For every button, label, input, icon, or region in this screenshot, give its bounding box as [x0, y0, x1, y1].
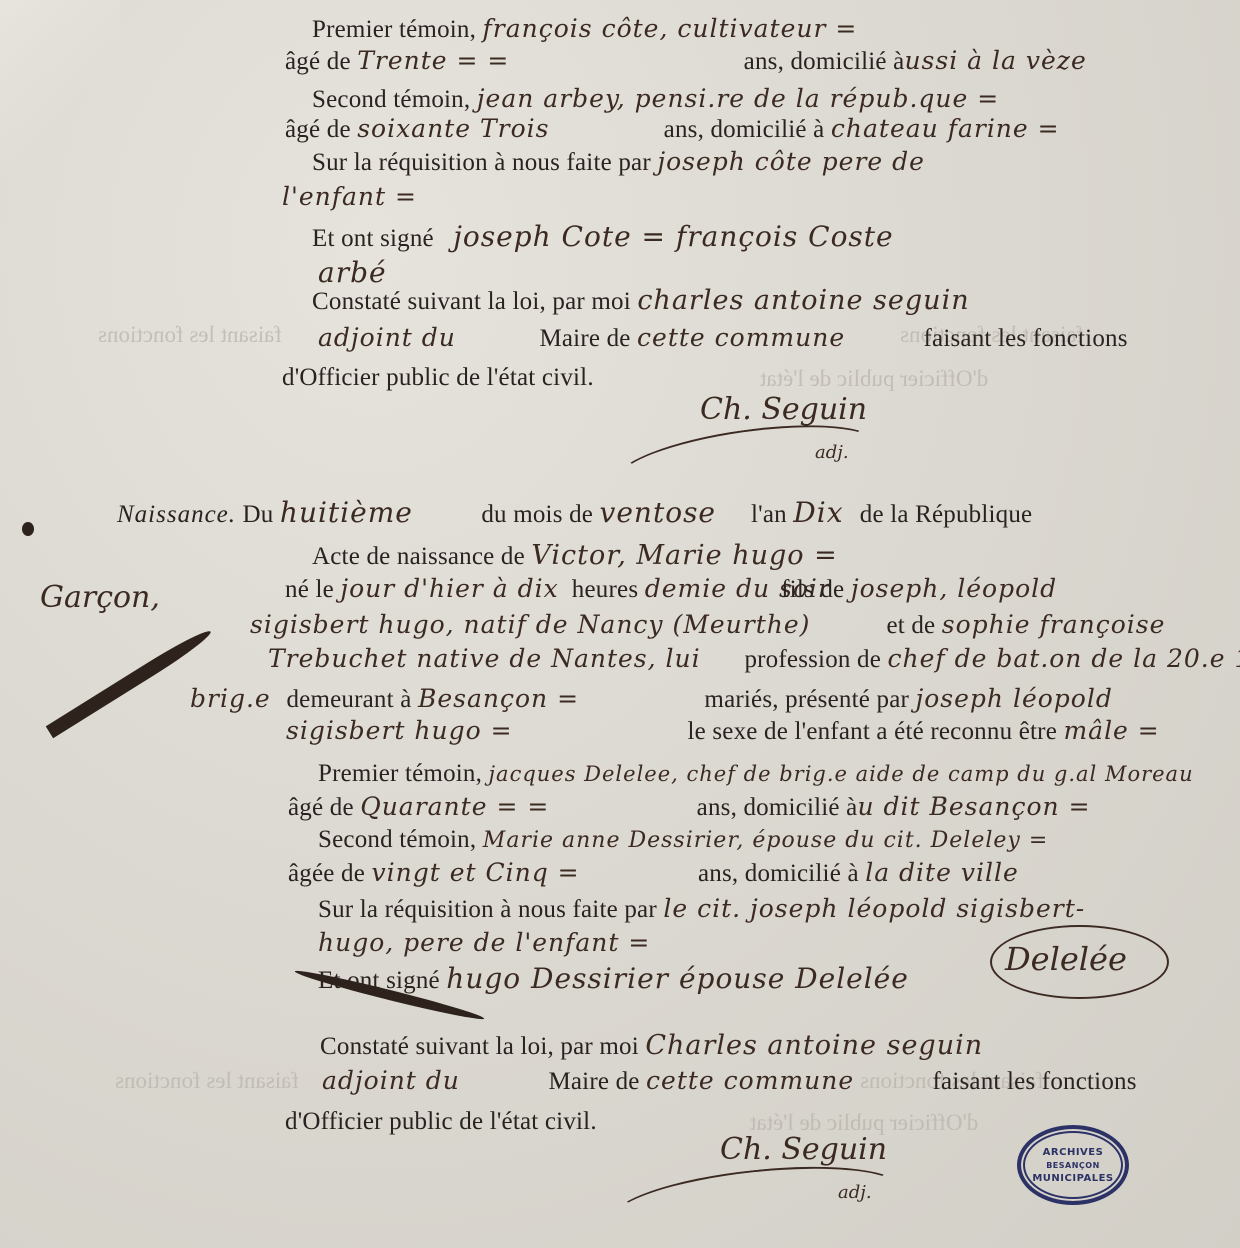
entry1-age2: âgé de soixante Trois ans, domicilié à c… [285, 114, 1060, 144]
entry2-second-temoin: Second témoin, Marie anne Dessirier, épo… [318, 826, 1048, 854]
handwritten-field: ussi à la vèze [904, 46, 1086, 75]
handwritten-field: jean arbey, pensi.re de la répub.que = [477, 84, 999, 113]
handwritten-field: joseph côte pere de [657, 147, 925, 176]
handwritten-field: sigisbert hugo, natif de Nancy (Meurthe) [250, 610, 880, 639]
margin-quill-stroke [46, 626, 215, 739]
entry2-sexe: sigisbert hugo = le sexe de l'enfant a é… [286, 716, 1160, 746]
paper-fold [0, 0, 120, 180]
signature-adj: adj. [838, 1182, 872, 1203]
bleedthrough-text: d'Officier public de l'état [760, 366, 988, 392]
entry1-premier-temoin: Premier témoin, françois côte, cultivate… [312, 14, 857, 44]
archives-stamp: ARCHIVES BESANÇON MUNICIPALES [1017, 1125, 1129, 1205]
handwritten-field: le cit. joseph léopold sigisbert- [663, 894, 1085, 923]
handwritten-field: Trebuchet native de Nantes, lui [268, 644, 738, 673]
entry2-constate: Constaté suivant la loi, par moi Charles… [320, 1030, 983, 1061]
margin-gender-note: Garçon, [40, 580, 160, 615]
handwritten-field: Dix [793, 496, 853, 529]
entry2-age2: âgée de vingt et Cinq = ans, domicilié à… [288, 858, 1019, 888]
handwritten-field: cette commune [646, 1066, 926, 1095]
entry2-acte: Acte de naissance de Victor, Marie hugo … [312, 540, 838, 571]
handwritten-field: Marie anne Dessirier, épouse du cit. Del… [483, 828, 1048, 853]
signature-loop [990, 925, 1169, 999]
handwritten-field: sigisbert hugo = [286, 716, 681, 745]
handwritten-field: françois côte, cultivateur = [483, 14, 858, 43]
ink-blot [22, 522, 34, 536]
signature-seguin: Ch. Seguin [700, 392, 867, 427]
handwritten-field: soixante Trois [357, 114, 657, 143]
handwritten-field: hugo, pere de l'enfant = [318, 928, 650, 957]
handwritten-field: cette commune [637, 323, 917, 352]
handwritten-field: Besançon = [418, 684, 698, 713]
handwritten-field: l'enfant = [282, 182, 417, 211]
entry2-demeurant: brig.e demeurant à Besançon = mariés, pr… [190, 684, 1113, 714]
entry2-mother: Trebuchet native de Nantes, lui professi… [268, 644, 1240, 674]
handwritten-field: demie du soir [645, 574, 775, 603]
entry1-second-temoin: Second témoin, jean arbey, pensi.re de l… [312, 84, 999, 114]
handwritten-field: joseph, léopold [851, 574, 1057, 603]
entry1-requisition: Sur la réquisition à nous faite par jose… [312, 147, 925, 177]
signature-adj: adj. [815, 442, 849, 463]
handwritten-field: mâle = [1063, 716, 1159, 745]
bleedthrough-text: faisant les fonctions [115, 1068, 299, 1094]
entry2-ne-le: né le jour d'hier à dix heures demie du … [285, 574, 1057, 604]
entry2-signed: Et ont signé hugo Dessirier épouse Delel… [318, 962, 909, 995]
handwritten-field: vingt et Cinq = [372, 858, 692, 887]
handwritten-field: charles antoine seguin [637, 285, 969, 316]
handwritten-field: jour d'hier à dix [340, 574, 565, 603]
entry2-age1: âgé de Quarante = = ans, domicilié àu di… [288, 792, 1091, 822]
handwritten-field: huitième [280, 496, 475, 529]
handwritten-signatures: joseph Cote = françois Coste [453, 220, 893, 253]
naissance-heading: Naissance. [117, 501, 236, 528]
bleedthrough-text: faisant les fonctions [98, 322, 282, 348]
entry2-requisition: Sur la réquisition à nous faite par le c… [318, 894, 1085, 924]
handwritten-field: Trente = = [357, 46, 737, 75]
handwritten-field: adjoint du [318, 323, 533, 352]
entry1-constate: Constaté suivant la loi, par moi charles… [312, 285, 970, 316]
entry2-adjoint: adjoint du Maire de cette commune faisan… [322, 1066, 1137, 1096]
entry1-age1: âgé de Trente = = ans, domicilié àussi à… [285, 46, 1087, 76]
handwritten-field: brig.e [190, 684, 280, 713]
entry2-father: sigisbert hugo, natif de Nancy (Meurthe)… [250, 610, 1165, 640]
handwritten-field: joseph léopold [915, 684, 1112, 713]
entry2-officier: d'Officier public de l'état civil. [285, 1108, 597, 1136]
handwritten-field: Charles antoine seguin [645, 1030, 983, 1061]
handwritten-field: chateau farine = [831, 114, 1060, 143]
handwritten-field: jacques Delelee, chef de brig.e aide de … [489, 762, 1194, 786]
entry1-officier: d'Officier public de l'état civil. [282, 364, 594, 392]
document-page: faisant les fonctions faisant les foncti… [0, 0, 1240, 1248]
handwritten-field: ventose [600, 496, 745, 529]
entry1-adjoint: adjoint du Maire de cette commune faisan… [318, 323, 1128, 353]
handwritten-field: adjoint du [322, 1066, 542, 1095]
entry1-signed: Et ont signé joseph Cote = françois Cost… [312, 220, 894, 253]
handwritten-field: sophie françoise [942, 610, 1166, 639]
entry2-date: Naissance. Du huitième du mois de ventos… [117, 496, 1032, 529]
handwritten-field: chef de bat.on de la 20.e 1/2 [888, 644, 1240, 673]
handwritten-signatures: hugo Dessirier épouse Delelée [446, 962, 909, 995]
handwritten-field: u dit Besançon = [857, 792, 1090, 821]
child-name: Victor, Marie hugo = [531, 540, 837, 571]
entry2-premier-temoin: Premier témoin, jacques Delelee, chef de… [318, 760, 1194, 788]
handwritten-field: Quarante = = [360, 792, 690, 821]
handwritten-field: la dite ville [865, 858, 1019, 887]
signature-seguin: Ch. Seguin [720, 1132, 887, 1167]
